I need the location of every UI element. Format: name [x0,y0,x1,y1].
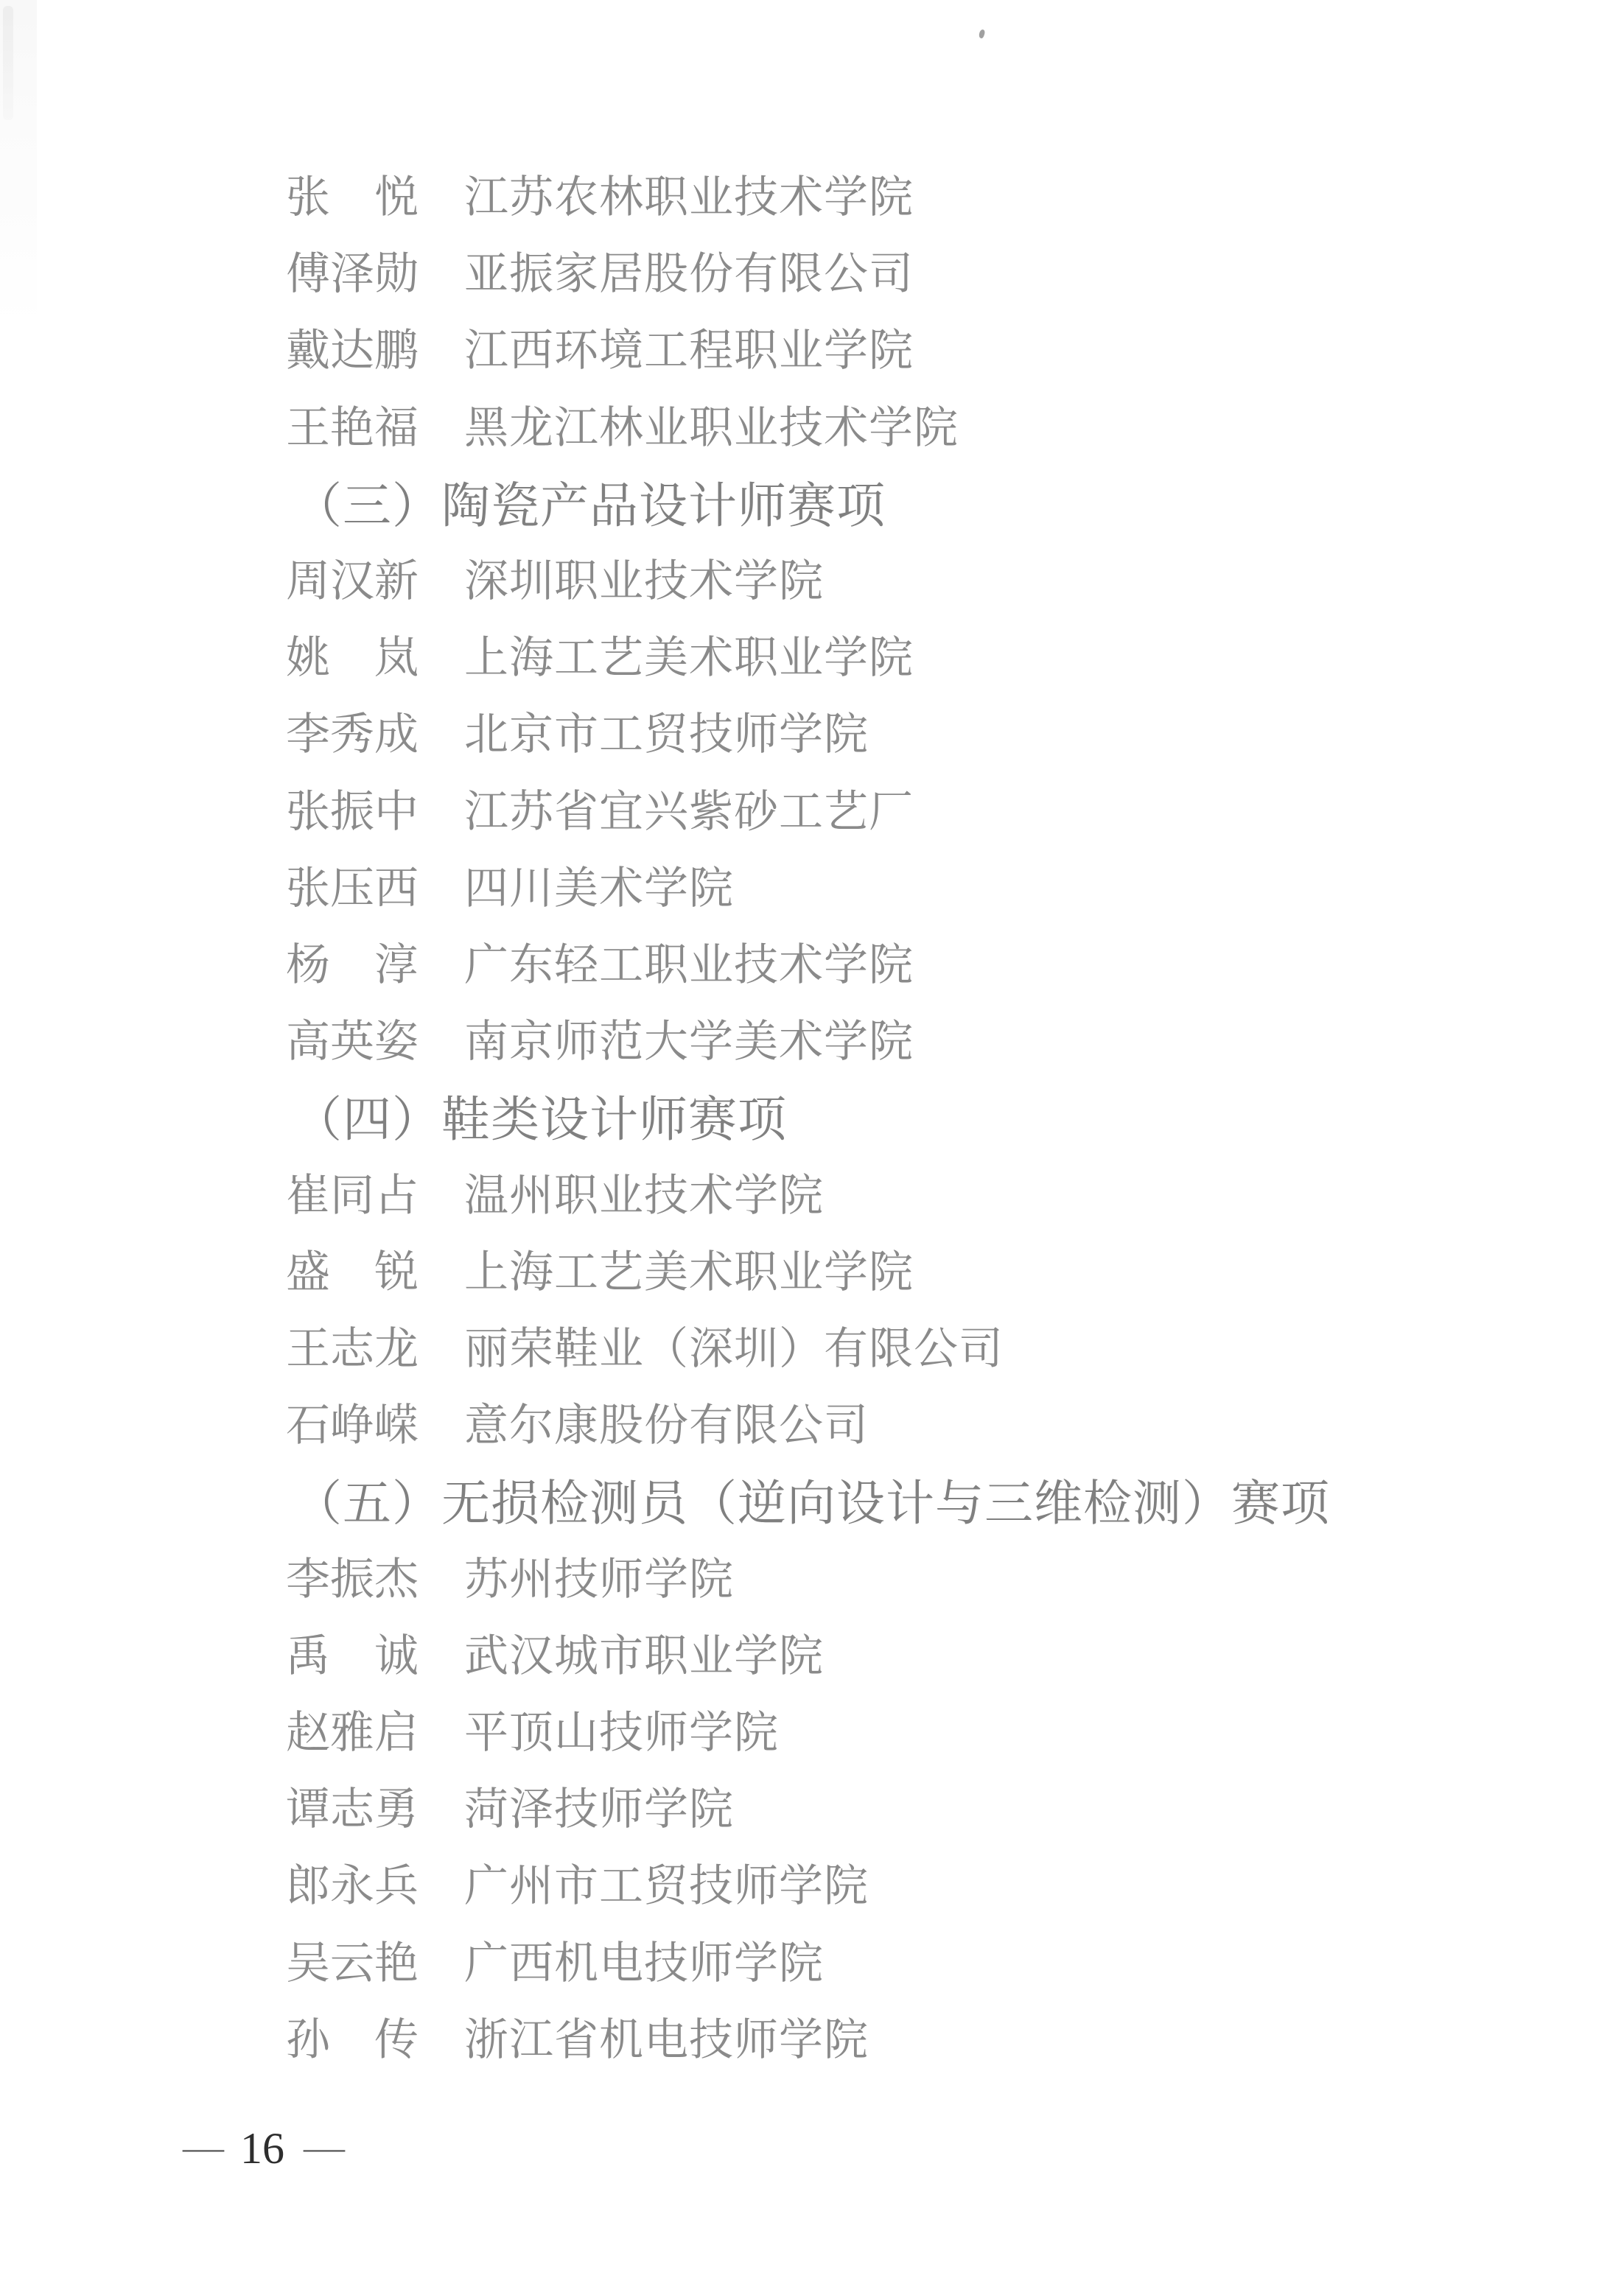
award-entry-row: 傅泽勋亚振家居股份有限公司 [286,232,914,309]
award-entry-row: 李秀成北京市工贸技师学院 [286,693,869,769]
organization-name: 广西机电技师学院 [464,1928,824,1991]
person-name-char: 勋 [374,239,419,302]
award-entry-row: 郎永兵广州市工贸技师学院 [286,1844,869,1921]
organization-name: 南京师范大学美术学院 [464,1006,914,1070]
person-name-char: 张 [286,853,330,917]
person-name: 盛锐 [286,1237,419,1300]
person-name-char: 戴 [286,315,330,379]
person-name-char: 盛 [286,1237,330,1300]
person-name-char: 高 [286,1006,330,1070]
organization-name: 广东轻工职业技术学院 [464,930,914,993]
person-name-char: 振 [330,777,374,840]
award-entry-row: 杨淳广东轻工职业技术学院 [286,923,914,1000]
organization-name: 浙江省机电技师学院 [464,2005,869,2068]
award-entry-row: 王志龙丽荣鞋业（深圳）有限公司 [286,1307,1004,1384]
award-entry-row: 李振杰苏州技师学院 [286,1538,734,1614]
section-heading: （三）陶瓷产品设计师赛项 [293,466,886,536]
person-name-char: 英 [330,1006,374,1070]
person-name-char: 艳 [330,393,374,456]
person-name-char: 秀 [330,699,374,763]
person-name: 孙传 [286,2005,419,2068]
award-entry-row: 张悦江苏农林职业技术学院 [286,155,914,232]
person-name-char: 诚 [374,1621,419,1684]
person-name: 傅泽勋 [286,239,419,302]
person-name-char: 姚 [286,623,330,686]
person-name: 郎永兵 [286,1851,419,1914]
organization-name: 江苏省宜兴紫砂工艺厂 [464,777,914,840]
person-name-char: 云 [330,1928,374,1991]
person-name-char: 郎 [286,1851,330,1914]
person-name-char: 艳 [374,1928,419,1991]
award-entry-row: 禹诚武汉城市职业学院 [286,1614,824,1691]
person-name-char: 达 [330,315,374,379]
page-footer: — 16 — [183,2116,342,2181]
person-name-char: 李 [286,699,330,763]
award-entry-row: 王艳福黑龙江林业职业技术学院 [286,386,959,463]
section-heading-row: （三）陶瓷产品设计师赛项 [286,463,886,539]
person-name-char: 杨 [286,930,330,993]
person-name-char: 嵘 [374,1390,419,1454]
person-name-char: 姿 [374,1006,419,1070]
person-name-char: 压 [330,853,374,917]
person-name-char: 福 [374,393,419,456]
organization-name: 苏州技师学院 [464,1544,734,1608]
page-number: 16 [240,2126,284,2170]
person-name: 王艳福 [286,393,419,456]
person-name-char: 崔 [286,1160,330,1224]
section-heading-row: （五）无损检测员（逆向设计与三维检测）赛项 [286,1460,1330,1537]
person-name-char: 汉 [330,546,374,609]
organization-name: 平顶山技师学院 [464,1697,779,1761]
organization-name: 菏泽技师学院 [464,1774,734,1837]
person-name-char: 吴 [286,1928,330,1991]
person-name-char: 孙 [286,2005,330,2068]
award-entry-row: 崔同占温州职业技术学院 [286,1154,824,1230]
person-name-char: 鹏 [374,315,419,379]
person-name-char: 石 [286,1390,330,1454]
person-name-char: 张 [286,162,330,225]
person-name-char: 禹 [286,1621,330,1684]
award-entry-row: 谭志勇菏泽技师学院 [286,1767,734,1844]
organization-name: 武汉城市职业学院 [464,1621,824,1684]
award-entry-row: 盛锐上海工艺美术职业学院 [286,1230,914,1307]
footer-left-dash: — [183,2133,221,2164]
award-entry-row: 周汉新深圳职业技术学院 [286,539,824,616]
award-entry-row: 吴云艳广西机电技师学院 [286,1921,824,1998]
organization-name: 意尔康股份有限公司 [464,1390,869,1454]
person-name-char: 永 [330,1851,374,1914]
person-name-char: 王 [286,1314,330,1377]
person-name: 戴达鹏 [286,315,419,379]
document-page: 张悦江苏农林职业技术学院傅泽勋亚振家居股份有限公司戴达鹏江西环境工程职业学院王艳… [0,0,1624,2295]
organization-name: 黑龙江林业职业技术学院 [464,393,959,456]
person-name-char: 志 [330,1774,374,1837]
award-entry-row: 张振中江苏省宜兴紫砂工艺厂 [286,770,914,847]
person-name-char: 傅 [286,239,330,302]
organization-name: 丽荣鞋业（深圳）有限公司 [464,1314,1004,1377]
person-name-char: 雅 [330,1697,374,1761]
organization-name: 深圳职业技术学院 [464,546,824,609]
person-name-char: 龙 [374,1314,419,1377]
organization-name: 上海工艺美术职业学院 [464,623,914,686]
person-name: 谭志勇 [286,1774,419,1837]
person-name: 杨淳 [286,930,419,993]
person-name: 李振杰 [286,1544,419,1608]
award-entry-row: 戴达鹏江西环境工程职业学院 [286,309,914,385]
person-name: 周汉新 [286,546,419,609]
award-entry-row: 赵雅启平顶山技师学院 [286,1691,779,1767]
person-name-char: 李 [286,1544,330,1608]
person-name-char: 周 [286,546,330,609]
person-name: 张振中 [286,777,419,840]
person-name-char: 启 [374,1697,419,1761]
person-name-char: 锐 [374,1237,419,1300]
person-name-char: 杰 [374,1544,419,1608]
section-heading: （四）鞋类设计师赛项 [293,1080,787,1150]
organization-name: 北京市工贸技师学院 [464,699,869,763]
person-name-char: 勇 [374,1774,419,1837]
person-name-char: 成 [374,699,419,763]
person-name-char: 传 [374,2005,419,2068]
section-heading: （五）无损检测员（逆向设计与三维检测）赛项 [293,1464,1330,1534]
person-name-char: 占 [374,1160,419,1224]
organization-name: 上海工艺美术职业学院 [464,1237,914,1300]
award-entry-row: 张压西四川美术学院 [286,847,734,923]
person-name: 姚岚 [286,623,419,686]
person-name-char: 赵 [286,1697,330,1761]
organization-name: 亚振家居股份有限公司 [464,239,914,302]
person-name-char: 同 [330,1160,374,1224]
footer-right-dash: — [304,2133,342,2164]
person-name: 高英姿 [286,1006,419,1070]
award-entry-row: 孙传浙江省机电技师学院 [286,1998,869,2075]
award-entry-row: 石峥嵘意尔康股份有限公司 [286,1384,869,1460]
person-name-char: 淳 [374,930,419,993]
person-name: 禹诚 [286,1621,419,1684]
person-name: 吴云艳 [286,1928,419,1991]
organization-name: 江西环境工程职业学院 [464,315,914,379]
section-heading-row: （四）鞋类设计师赛项 [286,1076,787,1153]
award-entry-row: 高英姿南京师范大学美术学院 [286,1000,914,1076]
person-name: 张悦 [286,162,419,225]
person-name-char: 志 [330,1314,374,1377]
person-name-char: 岚 [374,623,419,686]
person-name: 石峥嵘 [286,1390,419,1454]
person-name-char: 泽 [330,239,374,302]
person-name-char: 峥 [330,1390,374,1454]
person-name-char: 兵 [374,1851,419,1914]
organization-name: 广州市工贸技师学院 [464,1851,869,1914]
person-name-char: 西 [374,853,419,917]
person-name-char: 中 [374,777,419,840]
person-name-char: 新 [374,546,419,609]
person-name: 赵雅启 [286,1697,419,1761]
organization-name: 温州职业技术学院 [464,1160,824,1224]
person-name-char: 悦 [374,162,419,225]
person-name-char: 振 [330,1544,374,1608]
person-name: 王志龙 [286,1314,419,1377]
person-name: 李秀成 [286,699,419,763]
organization-name: 江苏农林职业技术学院 [464,162,914,225]
person-name-char: 谭 [286,1774,330,1837]
person-name-char: 张 [286,777,330,840]
person-name: 崔同占 [286,1160,419,1224]
award-entry-row: 姚岚上海工艺美术职业学院 [286,616,914,693]
person-name-char: 王 [286,393,330,456]
organization-name: 四川美术学院 [464,853,734,917]
award-list: 张悦江苏农林职业技术学院傅泽勋亚振家居股份有限公司戴达鹏江西环境工程职业学院王艳… [0,0,1624,2295]
person-name: 张压西 [286,853,419,917]
